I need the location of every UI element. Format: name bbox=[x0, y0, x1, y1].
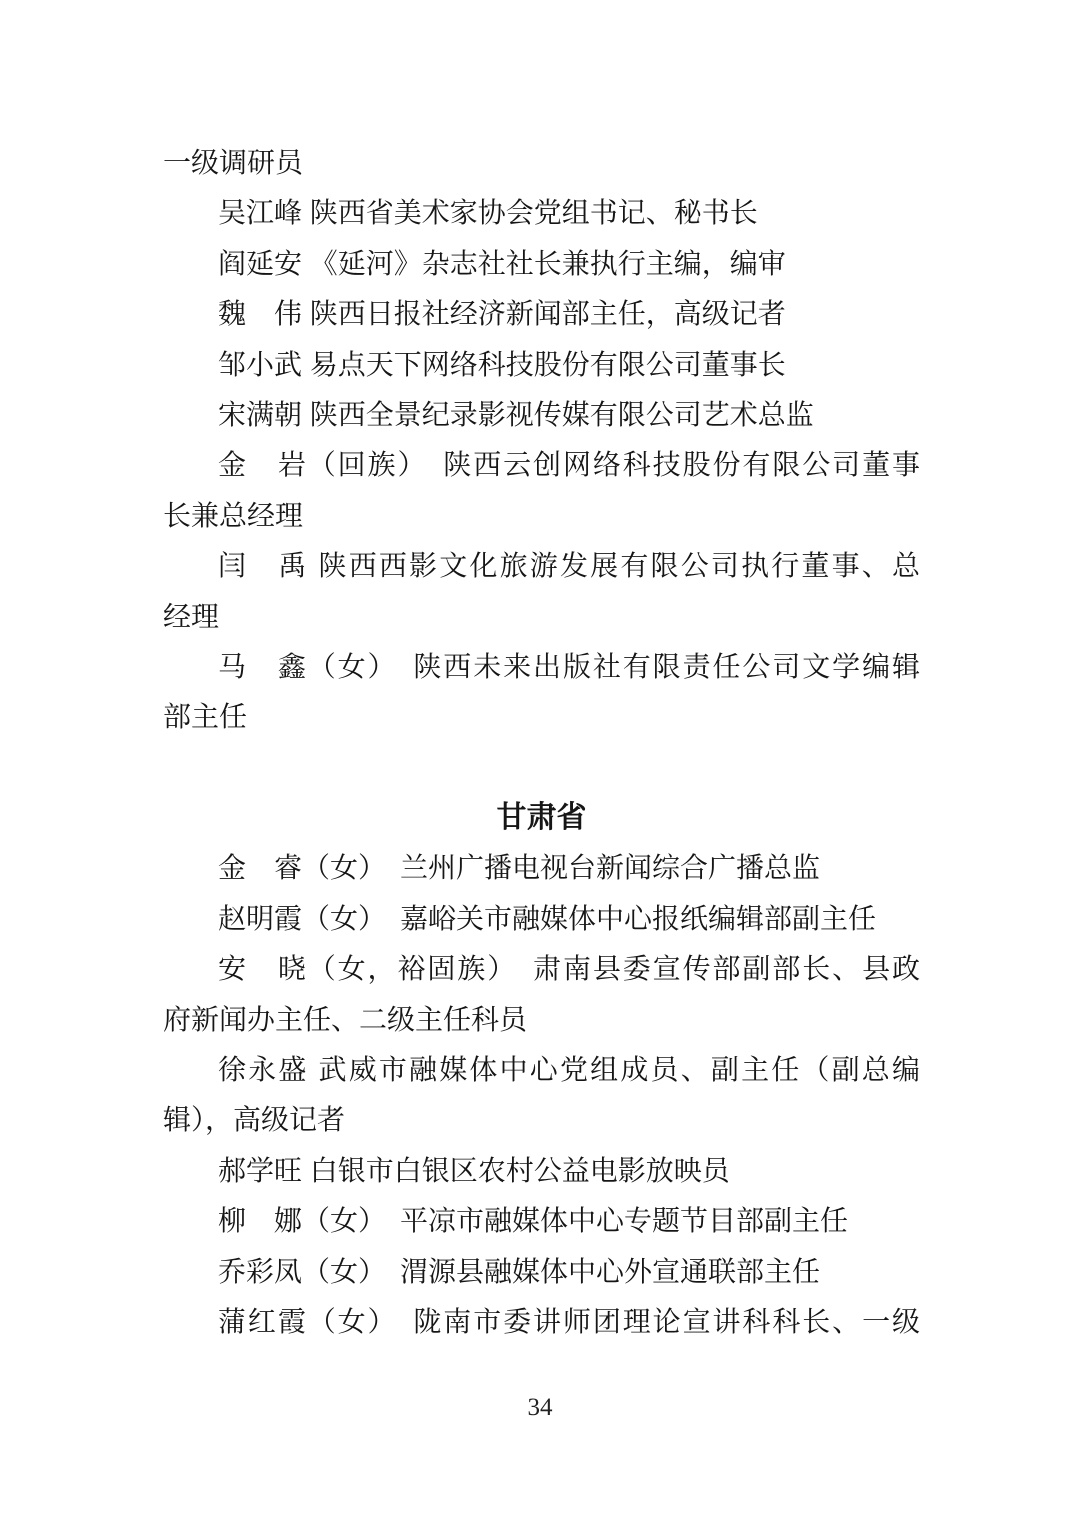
text-line: 闫 禹 陕西西影文化旅游发展有限公司执行董事、总 bbox=[163, 541, 920, 591]
text-line: 赵明霞（女） 嘉峪关市融媒体中心报纸编辑部副主任 bbox=[163, 894, 920, 944]
text-line: 一级调研员 bbox=[163, 138, 920, 188]
text-line: 安 晓（女，裕固族） 肃南县委宣传部副部长、县政 bbox=[163, 944, 920, 994]
text-line: 蒲红霞（女） 陇南市委讲师团理论宣讲科科长、一级 bbox=[163, 1297, 920, 1347]
section-heading: 甘肃省 bbox=[163, 793, 920, 843]
text-line: 经理 bbox=[163, 592, 920, 642]
text-line: 乔彩凤（女） 渭源县融媒体中心外宣通联部主任 bbox=[163, 1247, 920, 1297]
text-line: 徐永盛 武威市融媒体中心党组成员、副主任（副总编 bbox=[163, 1045, 920, 1095]
text-line: 吴江峰 陕西省美术家协会党组书记、秘书长 bbox=[163, 188, 920, 238]
text-line: 辑），高级记者 bbox=[163, 1095, 920, 1145]
text-line: 邹小武 易点天下网络科技股份有限公司董事长 bbox=[163, 340, 920, 390]
text-line: 阎延安 《延河》杂志社社长兼执行主编，编审 bbox=[163, 239, 920, 289]
text-line: 柳 娜（女） 平凉市融媒体中心专题节目部副主任 bbox=[163, 1196, 920, 1246]
text-line: 长兼总经理 bbox=[163, 491, 920, 541]
document-page: 一级调研员 吴江峰 陕西省美术家协会党组书记、秘书长 阎延安 《延河》杂志社社长… bbox=[0, 0, 1080, 1526]
text-line: 部主任 bbox=[163, 692, 920, 742]
text-line: 府新闻办主任、二级主任科员 bbox=[163, 995, 920, 1045]
text-line: 金 睿（女） 兰州广播电视台新闻综合广播总监 bbox=[163, 843, 920, 893]
text-line: 魏 伟 陕西日报社经济新闻部主任，高级记者 bbox=[163, 289, 920, 339]
text-line: 马 鑫（女） 陕西未来出版社有限责任公司文学编辑 bbox=[163, 642, 920, 692]
text-line: 宋满朝 陕西全景纪录影视传媒有限公司艺术总监 bbox=[163, 390, 920, 440]
page-number: 34 bbox=[0, 1394, 1080, 1422]
text-line: 郝学旺 白银市白银区农村公益电影放映员 bbox=[163, 1146, 920, 1196]
text-line: 金 岩（回族） 陕西云创网络科技股份有限公司董事 bbox=[163, 440, 920, 490]
document-body: 一级调研员 吴江峰 陕西省美术家协会党组书记、秘书长 阎延安 《延河》杂志社社长… bbox=[163, 138, 920, 1347]
